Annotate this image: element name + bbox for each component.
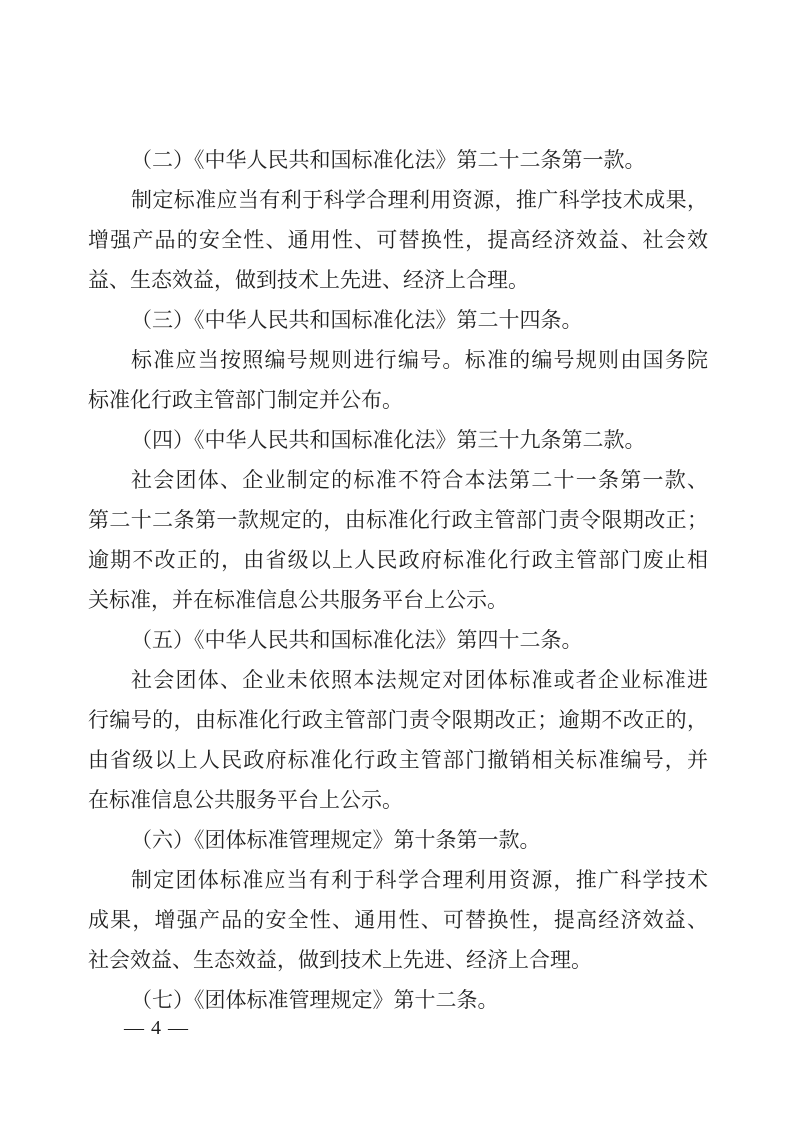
text-line: 制定标准应当有利于科学合理利用资源，推广科学技术成果， <box>88 180 708 220</box>
text-line: 逾期不改正的，由省级以上人民政府标准化行政主管部门废止相 <box>88 540 708 580</box>
document-page: （二）《中华人民共和国标准化法》第二十二条第一款。制定标准应当有利于科学合理利用… <box>0 0 794 1122</box>
text-line: 成果，增强产品的安全性、通用性、可替换性，提高经济效益、 <box>88 900 708 940</box>
text-line: 标准化行政主管部门制定并公布。 <box>88 380 708 420</box>
list-item-heading: （二）《中华人民共和国标准化法》第二十二条第一款。 <box>88 140 708 180</box>
list-item-heading: （六）《团体标准管理规定》第十条第一款。 <box>88 820 708 860</box>
text-line: （三）《中华人民共和国标准化法》第二十四条。 <box>88 300 708 340</box>
text-line: （六）《团体标准管理规定》第十条第一款。 <box>88 820 708 860</box>
text-line: 第二十二条第一款规定的，由标准化行政主管部门责令限期改正； <box>88 500 708 540</box>
document-text-block: （二）《中华人民共和国标准化法》第二十二条第一款。制定标准应当有利于科学合理利用… <box>88 140 708 1020</box>
text-line: （二）《中华人民共和国标准化法》第二十二条第一款。 <box>88 140 708 180</box>
text-line: 行编号的，由标准化行政主管部门责令限期改正；逾期不改正的， <box>88 700 708 740</box>
paragraph: 制定标准应当有利于科学合理利用资源，推广科学技术成果，增强产品的安全性、通用性、… <box>88 180 708 300</box>
text-line: 标准应当按照编号规则进行编号。标准的编号规则由国务院 <box>88 340 708 380</box>
list-item-heading: （三）《中华人民共和国标准化法》第二十四条。 <box>88 300 708 340</box>
page-number: — 4 — <box>124 1014 189 1042</box>
paragraph: 社会团体、企业未依照本法规定对团体标准或者企业标准进行编号的，由标准化行政主管部… <box>88 660 708 820</box>
text-line: 社会团体、企业制定的标准不符合本法第二十一条第一款、 <box>88 460 708 500</box>
paragraph: 制定团体标准应当有利于科学合理利用资源，推广科学技术成果，增强产品的安全性、通用… <box>88 860 708 980</box>
text-line: 增强产品的安全性、通用性、可替换性，提高经济效益、社会效 <box>88 220 708 260</box>
list-item-heading: （五）《中华人民共和国标准化法》第四十二条。 <box>88 620 708 660</box>
text-line: 制定团体标准应当有利于科学合理利用资源，推广科学技术 <box>88 860 708 900</box>
text-line: 益、生态效益，做到技术上先进、经济上合理。 <box>88 260 708 300</box>
paragraph: 标准应当按照编号规则进行编号。标准的编号规则由国务院标准化行政主管部门制定并公布… <box>88 340 708 420</box>
text-line: 由省级以上人民政府标准化行政主管部门撤销相关标准编号，并 <box>88 740 708 780</box>
text-line: 关标准，并在标准信息公共服务平台上公示。 <box>88 580 708 620</box>
paragraph: 社会团体、企业制定的标准不符合本法第二十一条第一款、第二十二条第一款规定的，由标… <box>88 460 708 620</box>
list-item-heading: （四）《中华人民共和国标准化法》第三十九条第二款。 <box>88 420 708 460</box>
text-line: 社会效益、生态效益，做到技术上先进、经济上合理。 <box>88 940 708 980</box>
text-line: 在标准信息公共服务平台上公示。 <box>88 780 708 820</box>
text-line: （五）《中华人民共和国标准化法》第四十二条。 <box>88 620 708 660</box>
text-line: 社会团体、企业未依照本法规定对团体标准或者企业标准进 <box>88 660 708 700</box>
text-line: （四）《中华人民共和国标准化法》第三十九条第二款。 <box>88 420 708 460</box>
